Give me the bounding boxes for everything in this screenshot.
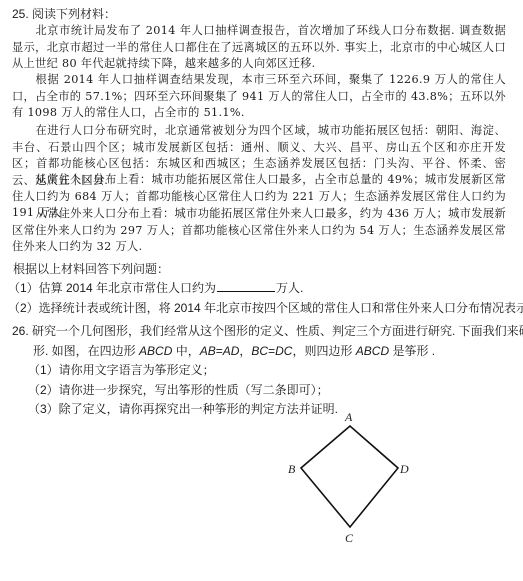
text: 是筝形 . [389,344,435,358]
kite-diagram: A B D C [270,405,430,581]
kite-shape [301,426,398,527]
math-dc: DC [275,344,292,358]
text: ，则四边形 [292,344,355,358]
vertex-label-c: C [345,531,354,545]
q25-paragraph-2: 根据 2014 年人口抽样调查结果发现，本市三环至六环间，聚集了 1226.9 … [12,72,506,122]
q25-title: 25. 阅读下列材料： [12,6,116,22]
math-ad: AD [223,344,240,358]
math-abcd: ABCD [139,344,172,358]
vertex-label-d: D [399,462,409,476]
answer-blank[interactable] [217,280,275,292]
math-ab: AB [200,344,216,358]
text: = [216,344,223,358]
q25-paragraph-1: 北京市统计局发布了 2014 年人口抽样调查报告，首次增加了环线人口分布数据. … [12,23,506,73]
q25-paragraph-5: 从常住外来人口分布上看：城市功能拓展区常住外来人口最多，约为 436 万人；城市… [12,206,506,256]
math-bc: BC [251,344,268,358]
q25-prompt: 根据以上材料回答下列问题： [13,261,169,277]
q26-sub1: （1）请你用文字语言为筝形定义； [28,362,215,378]
q26-line2: 形. 如图，在四边形 ABCD 中，AB=AD，BC=DC，则四边形 ABCD … [33,343,435,359]
math-abcd: ABCD [356,344,389,358]
text: 中， [172,344,199,358]
q25-sub1-text: （1）估算 2014 年北京市常住人口约为 [8,281,216,295]
q25-sub1: （1）估算 2014 年北京市常住人口约为万人. [8,280,303,296]
vertex-label-a: A [344,410,353,424]
text: 形. 如图，在四边形 [33,344,139,358]
vertex-label-b: B [288,462,296,476]
text: ， [239,344,251,358]
q26-sub2: （2）请你进一步探究，写出筝形的性质（写二条即可）； [28,382,329,398]
q26-title: 26. 研究一个几何图形，我们经常从这个图形的定义、性质、判定三个方面进行研究.… [12,323,523,339]
q25-sub1-unit: 万人. [276,281,303,295]
q25-sub2: （2）选择统计表或统计图，将 2014 年北京市按四个区域的常住人口和常住外来人… [8,300,523,316]
